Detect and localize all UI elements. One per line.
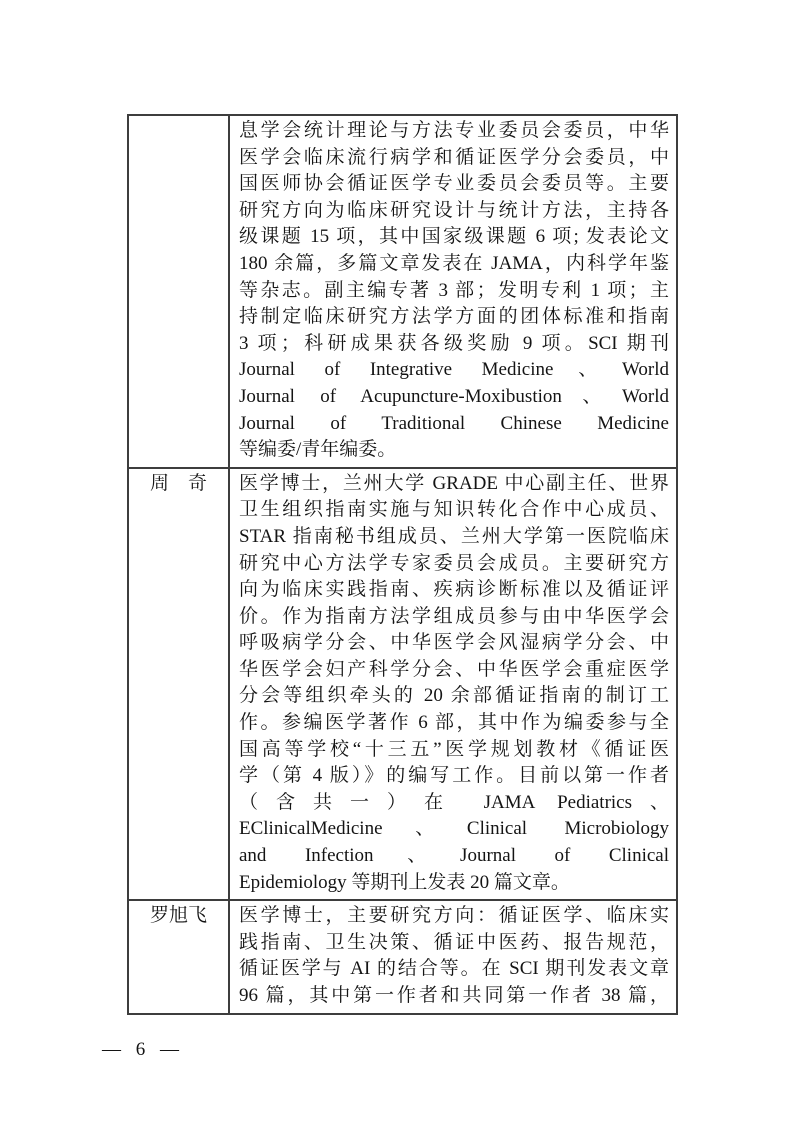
bio-text-line: （含共一）在 JAMA Pediatrics、 — [239, 790, 669, 817]
page-number: — 6 — — [102, 1038, 179, 1062]
bio-text-line: Journal of Integrative Medicine、World — [239, 357, 669, 384]
bio-text-line: 学（第 4 版）》的编写工作。目前以第一作者 — [239, 763, 669, 790]
table-row: 罗旭飞医学博士，主要研究方向：循证医学、临床实践指南、卫生决策、循证中医药、报告… — [129, 899, 676, 1012]
expert-bio-cell: 息学会统计理论与方法专业委员会委员，中华医学会临床流行病学和循证医学分会委员，中… — [230, 116, 676, 467]
expert-name-cell — [129, 116, 230, 467]
bio-text-line: Journal of Traditional Chinese Medicine — [239, 411, 669, 438]
bio-text-line: 卫生组织指南实施与知识转化合作中心成员、 — [239, 497, 669, 524]
expert-bio-cell: 医学博士，主要研究方向：循证医学、临床实践指南、卫生决策、循证中医药、报告规范，… — [230, 901, 676, 1012]
bio-text-line: 作。参编医学著作 6 部，其中作为编委参与全 — [239, 710, 669, 737]
bio-text-line: 循证医学与 AI 的结合等。在 SCI 期刊发表文章 — [239, 956, 669, 983]
bio-text-line: 呼吸病学分会、中华医学会风湿病学分会、中 — [239, 630, 669, 657]
bio-text-line: 等编委/青年编委。 — [239, 437, 669, 464]
bio-text-line: 研究方向为临床研究设计与统计方法，主持各 — [239, 198, 669, 225]
bio-text-line: and Infection、Journal of Clinical — [239, 843, 669, 870]
bio-text-line: 华医学会妇产科学分会、中华医学会重症医学 — [239, 657, 669, 684]
experts-table: 息学会统计理论与方法专业委员会委员，中华医学会临床流行病学和循证医学分会委员，中… — [127, 114, 678, 1015]
bio-text-line: 分会等组织牵头的 20 余部循证指南的制订工 — [239, 683, 669, 710]
bio-text-line: 国医师协会循证医学专业委员会委员等。主要 — [239, 171, 669, 198]
bio-text-line: 等杂志。副主编专著 3 部；发明专利 1 项；主 — [239, 278, 669, 305]
bio-text-line: 医学博士，主要研究方向：循证医学、临床实 — [239, 903, 669, 930]
bio-text-line: 级课题 15 项，其中国家级课题 6 项; 发表论文 — [239, 224, 669, 251]
bio-text-line: 国高等学校“十三五”医学规划教材《循证医 — [239, 737, 669, 764]
bio-text-line: 医学会临床流行病学和循证医学分会委员，中 — [239, 145, 669, 172]
bio-text-line: 践指南、卫生决策、循证中医药、报告规范， — [239, 930, 669, 957]
table-row: 息学会统计理论与方法专业委员会委员，中华医学会临床流行病学和循证医学分会委员，中… — [129, 116, 676, 467]
bio-text-line: Epidemiology 等期刊上发表 20 篇文章。 — [239, 870, 669, 897]
table-row: 周 奇医学博士，兰州大学 GRADE 中心副主任、世界卫生组织指南实施与知识转化… — [129, 467, 676, 900]
bio-text-line: EClinicalMedicine、Clinical Microbiology — [239, 816, 669, 843]
bio-text-line: 向为临床实践指南、疾病诊断标准以及循证评 — [239, 577, 669, 604]
bio-text-line: STAR 指南秘书组成员、兰州大学第一医院临床 — [239, 524, 669, 551]
expert-name-cell: 周 奇 — [129, 469, 230, 900]
bio-text-line: 持制定临床研究方法学方面的团体标准和指南 — [239, 304, 669, 331]
bio-text-line: 3 项；科研成果获各级奖励 9 项。SCI 期刊 — [239, 331, 669, 358]
bio-text-line: 息学会统计理论与方法专业委员会委员，中华 — [239, 118, 669, 145]
bio-text-line: Journal of Acupuncture-Moxibustion、World — [239, 384, 669, 411]
bio-text-line: 研究中心方法学专家委员会成员。主要研究方 — [239, 551, 669, 578]
bio-text-line: 价。作为指南方法学组成员参与由中华医学会 — [239, 604, 669, 631]
bio-text-line: 180 余篇，多篇文章发表在 JAMA，内科学年鉴 — [239, 251, 669, 278]
expert-name-cell: 罗旭飞 — [129, 901, 230, 1012]
bio-text-line: 96 篇，其中第一作者和共同第一作者 38 篇， — [239, 983, 669, 1010]
bio-text-line: 医学博士，兰州大学 GRADE 中心副主任、世界 — [239, 471, 669, 498]
expert-bio-cell: 医学博士，兰州大学 GRADE 中心副主任、世界卫生组织指南实施与知识转化合作中… — [230, 469, 676, 900]
